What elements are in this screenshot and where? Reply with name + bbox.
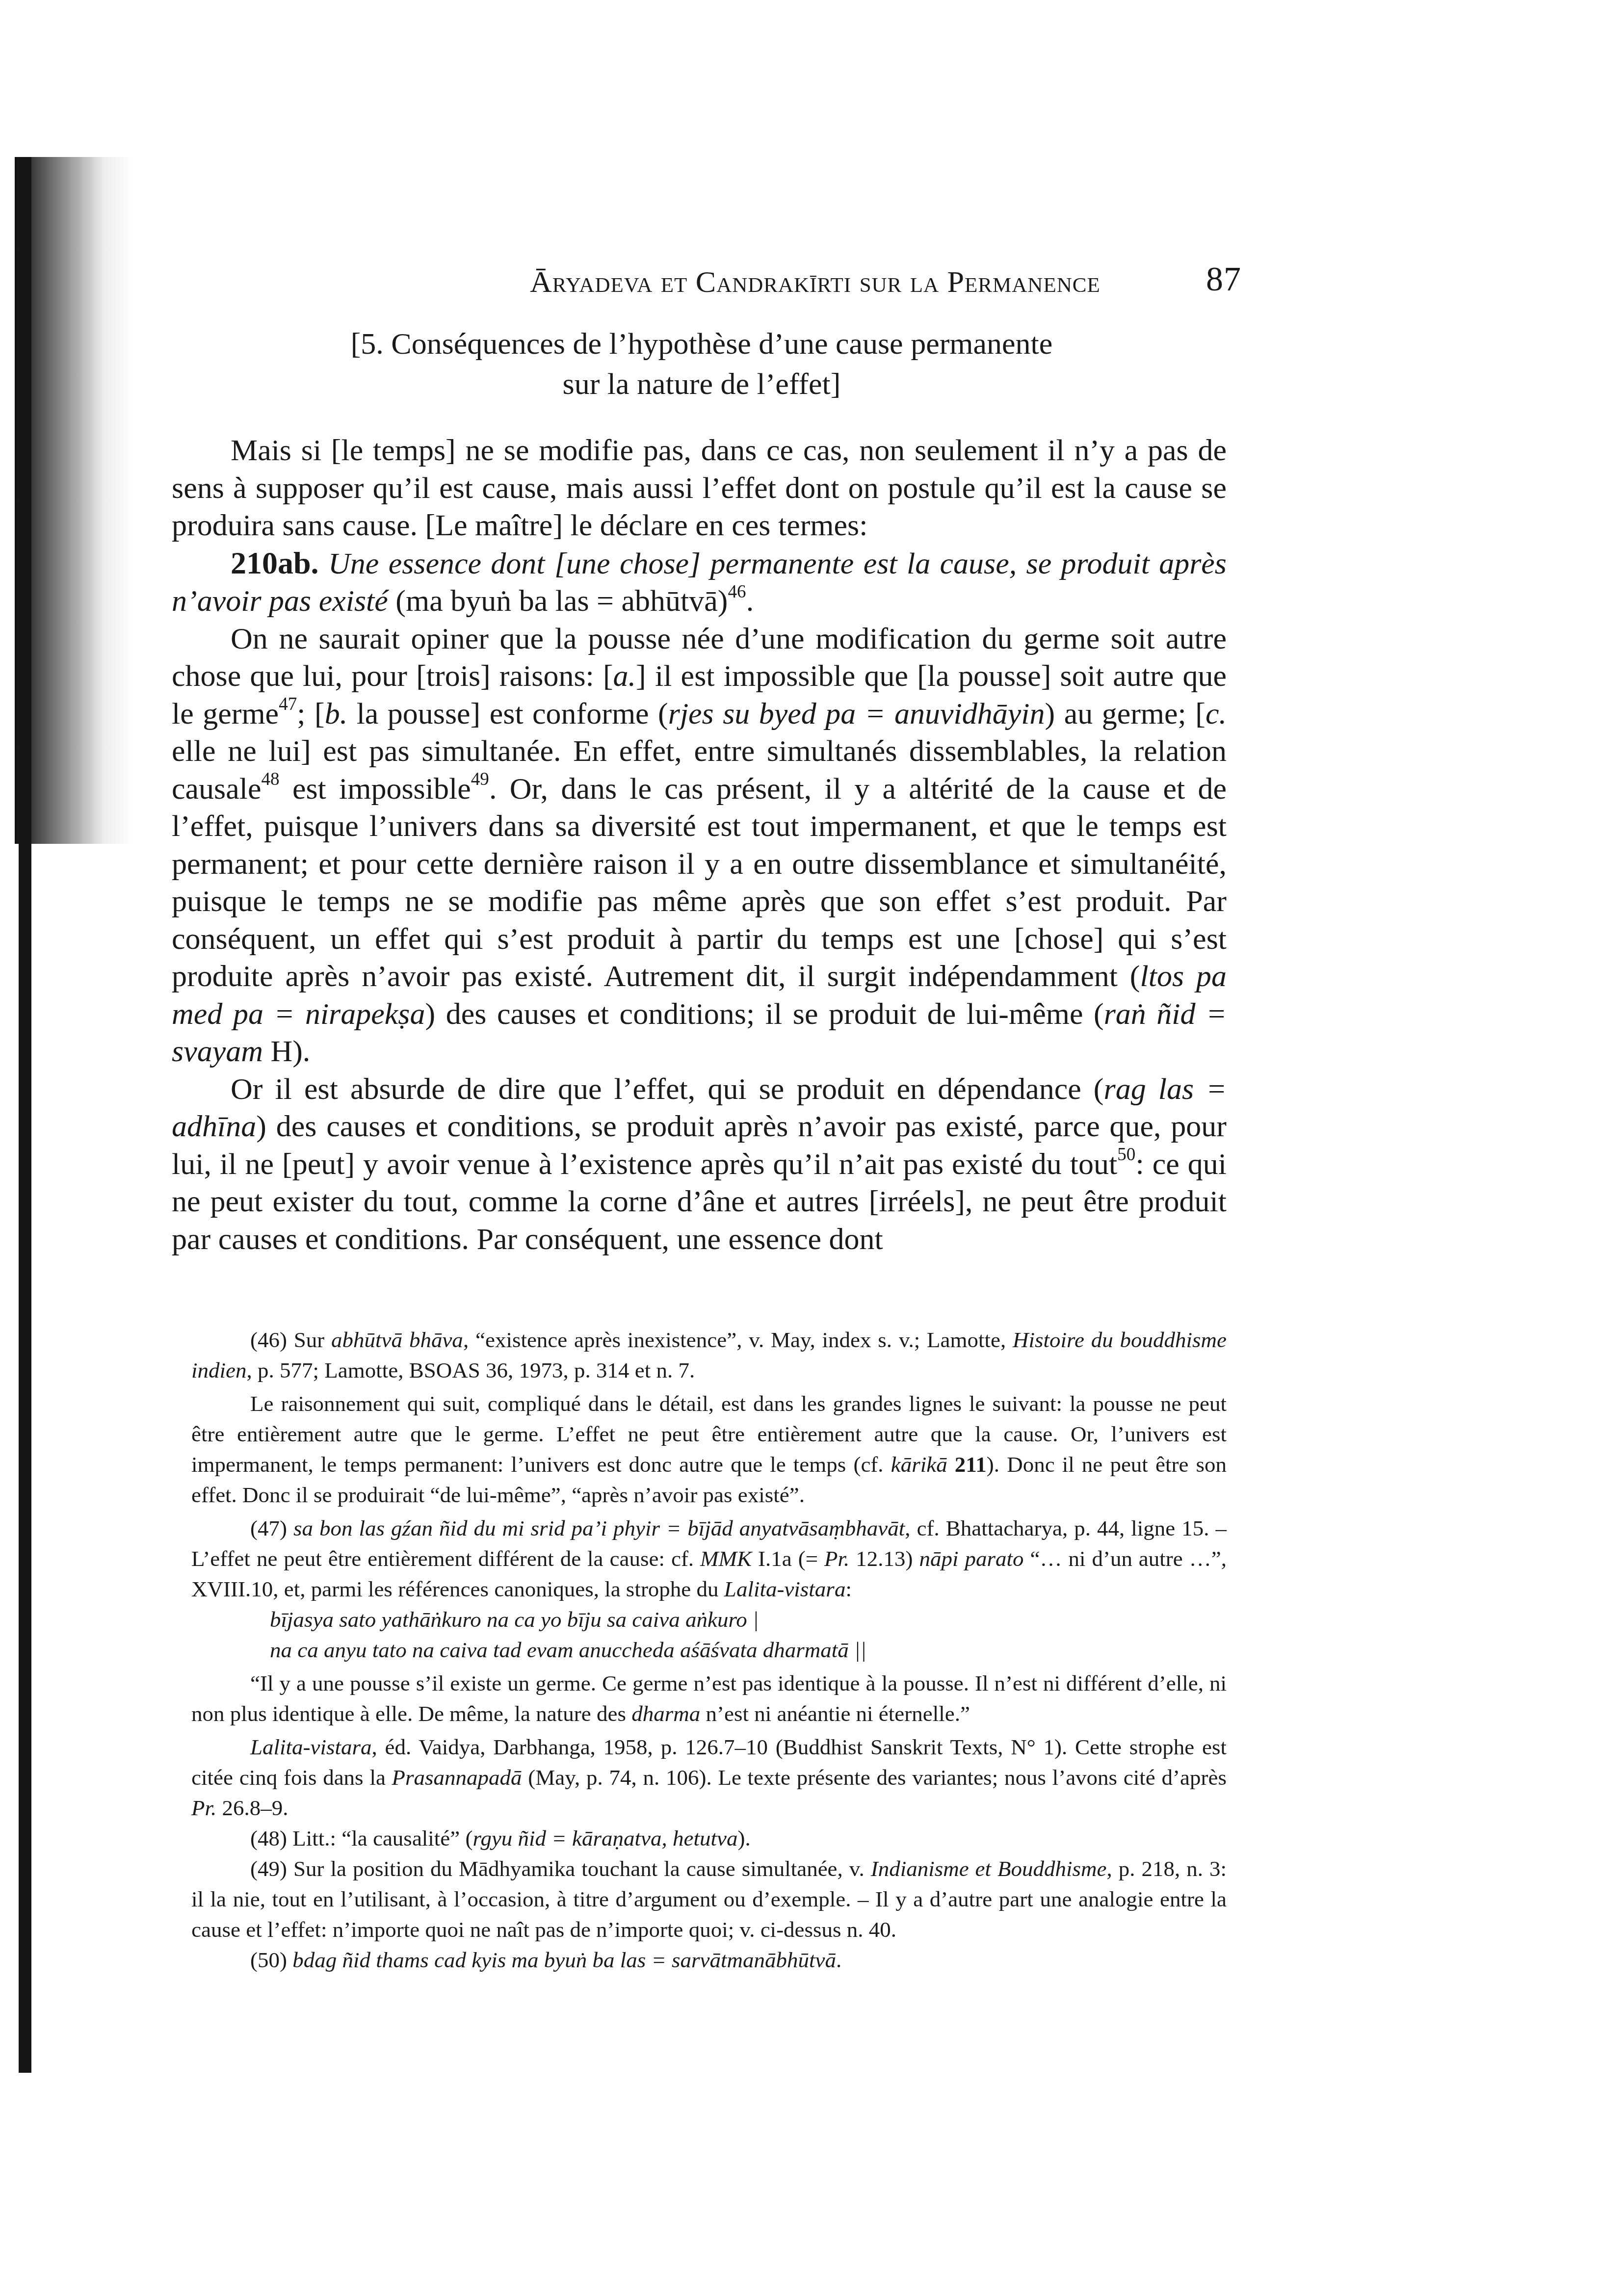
- text-italic: Pr.: [191, 1796, 216, 1820]
- footnote-ref-46[interactable]: 46: [728, 582, 746, 602]
- footnote-ref-49[interactable]: 49: [471, 769, 489, 789]
- text: 12.13): [849, 1546, 919, 1571]
- footnotes: (46) Sur abhūtvā bhāva, “existence après…: [191, 1325, 1227, 1975]
- text: n’est ni anéantie ni éternelle.”: [700, 1701, 970, 1726]
- paragraph-1: Mais si [le temps] ne se modifie pas, da…: [172, 432, 1227, 545]
- verse-end: .: [746, 584, 754, 618]
- text-italic: Lalita-vistara: [724, 1577, 846, 1601]
- text-italic: rgyu ñid = kāraṇatva, hetutva: [473, 1826, 738, 1851]
- text: ) au germe; [: [1045, 697, 1205, 731]
- text-italic: abhūtvā bhāva: [331, 1328, 463, 1352]
- text-italic: c.: [1205, 697, 1227, 731]
- running-head-title: Āryadeva et Candrakīrti sur la Permanenc…: [530, 265, 1100, 300]
- text: .: [836, 1948, 841, 1972]
- verse-210ab: 210ab. Une essence dont [une chose] perm…: [172, 545, 1227, 620]
- footnote-49: (49) Sur la position du Mādhyamika touch…: [191, 1853, 1227, 1945]
- section-heading: [5. Conséquences de l’hypothèse d’une ca…: [309, 324, 1094, 404]
- verse-translation: “Il y a une pousse s’il existe un germe.…: [191, 1668, 1227, 1729]
- section-heading-line-1: [5. Conséquences de l’hypothèse d’une ca…: [309, 324, 1094, 364]
- text: ; [: [297, 697, 324, 731]
- verse-source: Lalita-vistara, éd. Vaidya, Darbhanga, 1…: [191, 1732, 1227, 1823]
- text: 26.8–9.: [216, 1796, 288, 1820]
- text: H).: [263, 1035, 310, 1068]
- text: (49) Sur la position du Mādhyamika touch…: [250, 1856, 871, 1881]
- text: , p. 577; Lamotte, BSOAS 36, 1973, p. 31…: [246, 1358, 695, 1383]
- text: ).: [737, 1826, 750, 1851]
- text-italic: a.: [613, 659, 636, 693]
- text: (50): [250, 1948, 292, 1972]
- footnote-47: (47) sa bon las gźan ñid du mi srid pa’i…: [191, 1513, 1227, 1604]
- text-italic: bdag ñid thams cad kyis ma byuṅ ba las =…: [292, 1948, 836, 1972]
- sanskrit-verse-line-2: na ca anyu tato na caiva tad evam anucch…: [191, 1635, 1227, 1665]
- text-italic: sa bon las gźan ñid du mi srid pa’i phyi…: [293, 1516, 905, 1540]
- text-italic: rjes su byed pa = anuvidhāyin: [668, 697, 1045, 731]
- text-bold: 211: [947, 1452, 987, 1477]
- verse-gloss: (ma byuṅ ba las = abhūtvā): [388, 584, 728, 618]
- scan-gutter-shadow: [15, 157, 132, 844]
- footnote-50: (50) bdag ñid thams cad kyis ma byuṅ ba …: [191, 1945, 1227, 1975]
- text: ) des causes et conditions, se produit a…: [172, 1110, 1227, 1181]
- text-italic: MMK: [700, 1546, 752, 1571]
- page-number: 87: [1206, 260, 1241, 299]
- paragraph-2: On ne saurait opiner que la pousse née d…: [172, 620, 1227, 1070]
- text: (47): [250, 1516, 293, 1540]
- text: Or il est absurde de dire que l’effet, q…: [231, 1072, 1104, 1106]
- footnote-ref-47[interactable]: 47: [279, 694, 297, 714]
- text: (46) Sur: [250, 1328, 331, 1352]
- text-italic: Indianisme et Bouddhisme: [871, 1856, 1107, 1881]
- text: (48) Litt.: “la causalité” (: [250, 1826, 473, 1851]
- text: la pousse] est conforme (: [347, 697, 668, 731]
- scan-binding-edge: [19, 157, 31, 2073]
- text: est impossible: [280, 772, 471, 806]
- paragraph-3: Or il est absurde de dire que l’effet, q…: [172, 1070, 1227, 1258]
- section-heading-line-2: sur la nature de l’effet]: [309, 364, 1094, 404]
- footnote-46: (46) Sur abhūtvā bhāva, “existence après…: [191, 1325, 1227, 1385]
- text: ) des causes et conditions; il se produi…: [425, 997, 1103, 1031]
- footnote-ref-48[interactable]: 48: [261, 769, 279, 789]
- main-text: Mais si [le temps] ne se modifie pas, da…: [172, 432, 1227, 1258]
- text-italic: b.: [325, 697, 348, 731]
- footnote-48: (48) Litt.: “la causalité” (rgyu ñid = k…: [191, 1823, 1227, 1853]
- footnote-ref-50[interactable]: 50: [1117, 1145, 1135, 1165]
- running-head: Āryadeva et Candrakīrti sur la Permanenc…: [353, 255, 1241, 309]
- text-italic: Lalita-vistara: [250, 1735, 372, 1759]
- sanskrit-verse-line-1: bījasya sato yathāṅkuro na ca yo bīju sa…: [191, 1604, 1227, 1635]
- text-italic: Pr.: [824, 1546, 849, 1571]
- text-italic: Prasannapadā: [392, 1765, 522, 1790]
- text: :: [845, 1577, 852, 1601]
- text: I.1a (=: [752, 1546, 824, 1571]
- text: , “existence après inexistence”, v. May,…: [463, 1328, 1013, 1352]
- text-italic: nāpi parato: [919, 1546, 1024, 1571]
- text-italic: dharma: [631, 1701, 700, 1726]
- verse-number: 210ab.: [231, 546, 319, 580]
- footnote-46-continued: Le raisonnement qui suit, compliqué dans…: [191, 1388, 1227, 1510]
- text: (May, p. 74, n. 106). Le texte présente …: [522, 1765, 1227, 1790]
- text-italic: kārikā: [891, 1452, 947, 1477]
